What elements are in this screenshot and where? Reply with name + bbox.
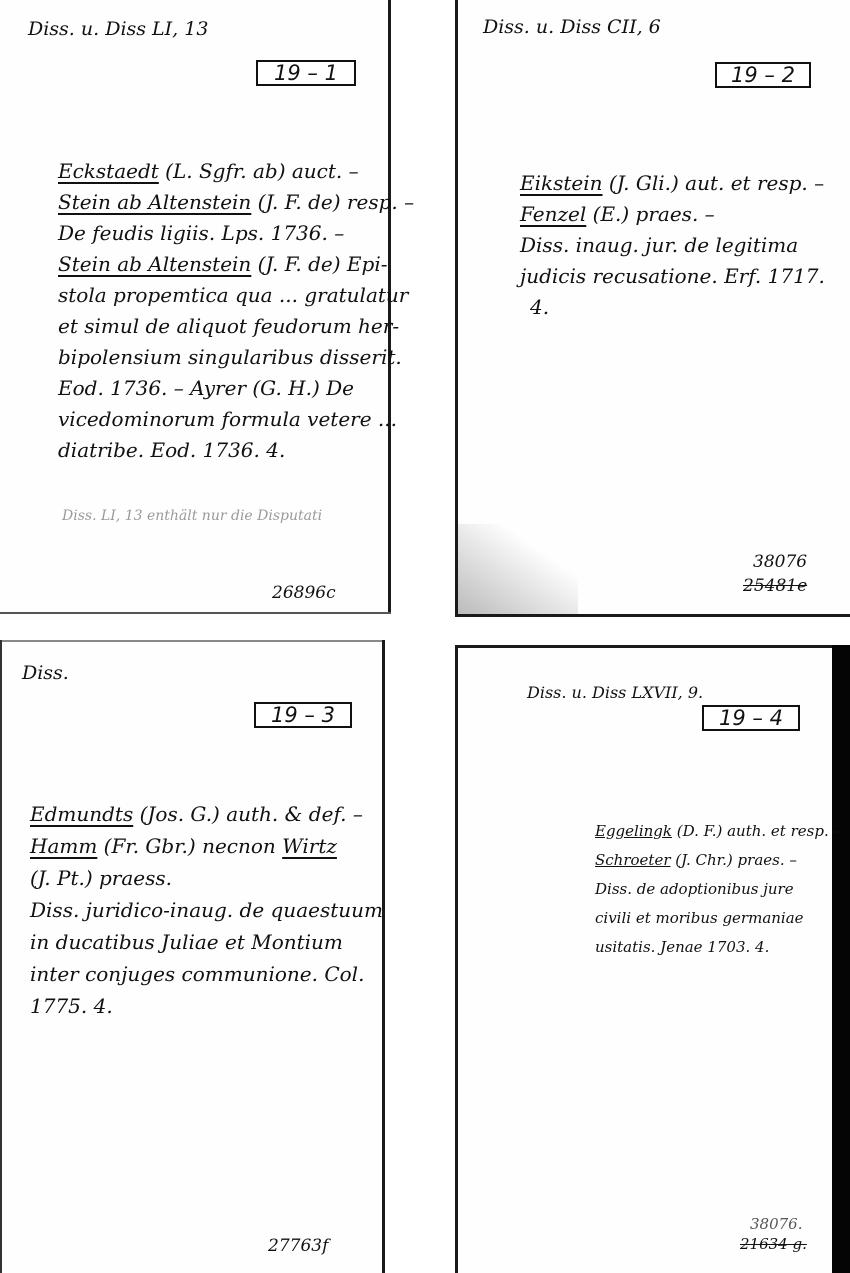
praeses-name: Hamm (30, 834, 97, 858)
author-name: Eikstein (520, 171, 603, 195)
catalog-card-19-2: Diss. u. Diss CII, 6 19 – 2 Eikstein (J.… (455, 0, 850, 617)
call-number-box: 19 – 3 (254, 702, 352, 728)
author-name: Edmundts (30, 802, 133, 826)
pencil-note: Diss. LI, 13 enthält nur die Disputati (62, 508, 322, 524)
author-name: Eggelingk (595, 822, 672, 840)
shelfmark: Diss. u. Diss LXVII, 9. (527, 683, 703, 702)
card-border (455, 614, 850, 617)
card-border (0, 640, 385, 642)
author-name: Stein ab Altenstein (58, 252, 251, 276)
page-curl-shadow (458, 524, 578, 614)
praeses-name: Wirtz (282, 834, 337, 858)
praeses-name: Schroeter (595, 851, 671, 869)
shelfmark: Diss. u. Diss CII, 6 (483, 16, 661, 38)
struck-accession-number: 21634 g. (740, 1235, 807, 1253)
shelfmark: Diss. u. Diss LI, 13 (28, 18, 208, 40)
respondent-name: Stein ab Altenstein (58, 190, 251, 214)
catalog-card-19-4: Diss. u. Diss LXVII, 9. 19 – 4 Eggelingk… (455, 645, 850, 1273)
card-border (0, 612, 391, 614)
call-number-box: 19 – 2 (715, 62, 811, 88)
catalog-card-19-1: Diss. u. Diss LI, 13 19 – 1 Eckstaedt (L… (0, 0, 391, 614)
praeses-name: Fenzel (520, 202, 586, 226)
call-number-box: 19 – 4 (702, 705, 800, 731)
shelfmark: Diss. (22, 662, 69, 684)
catalog-entry: Edmundts (Jos. G.) auth. & def. – Hamm (… (30, 798, 383, 1022)
accession-number: 26896c (272, 583, 336, 603)
accession-number: 27763f (268, 1236, 328, 1256)
card-border (455, 645, 458, 1273)
card-border (455, 645, 850, 648)
call-number-box: 19 – 1 (256, 60, 356, 86)
catalog-card-19-3: Diss. 19 – 3 Edmundts (Jos. G.) auth. & … (0, 640, 385, 1273)
catalog-entry: Eckstaedt (L. Sgfr. ab) auct. – Stein ab… (58, 156, 414, 466)
catalog-entry: Eggelingk (D. F.) auth. et resp. – Schro… (595, 817, 841, 962)
struck-accession-number: 25481e (743, 576, 807, 596)
accession-number: 38076. (750, 1215, 803, 1233)
card-border (0, 640, 2, 1273)
catalog-entry: Eikstein (J. Gli.) aut. et resp. – Fenze… (520, 168, 825, 323)
author-name: Eckstaedt (58, 159, 159, 183)
accession-number: 38076 (753, 552, 807, 572)
